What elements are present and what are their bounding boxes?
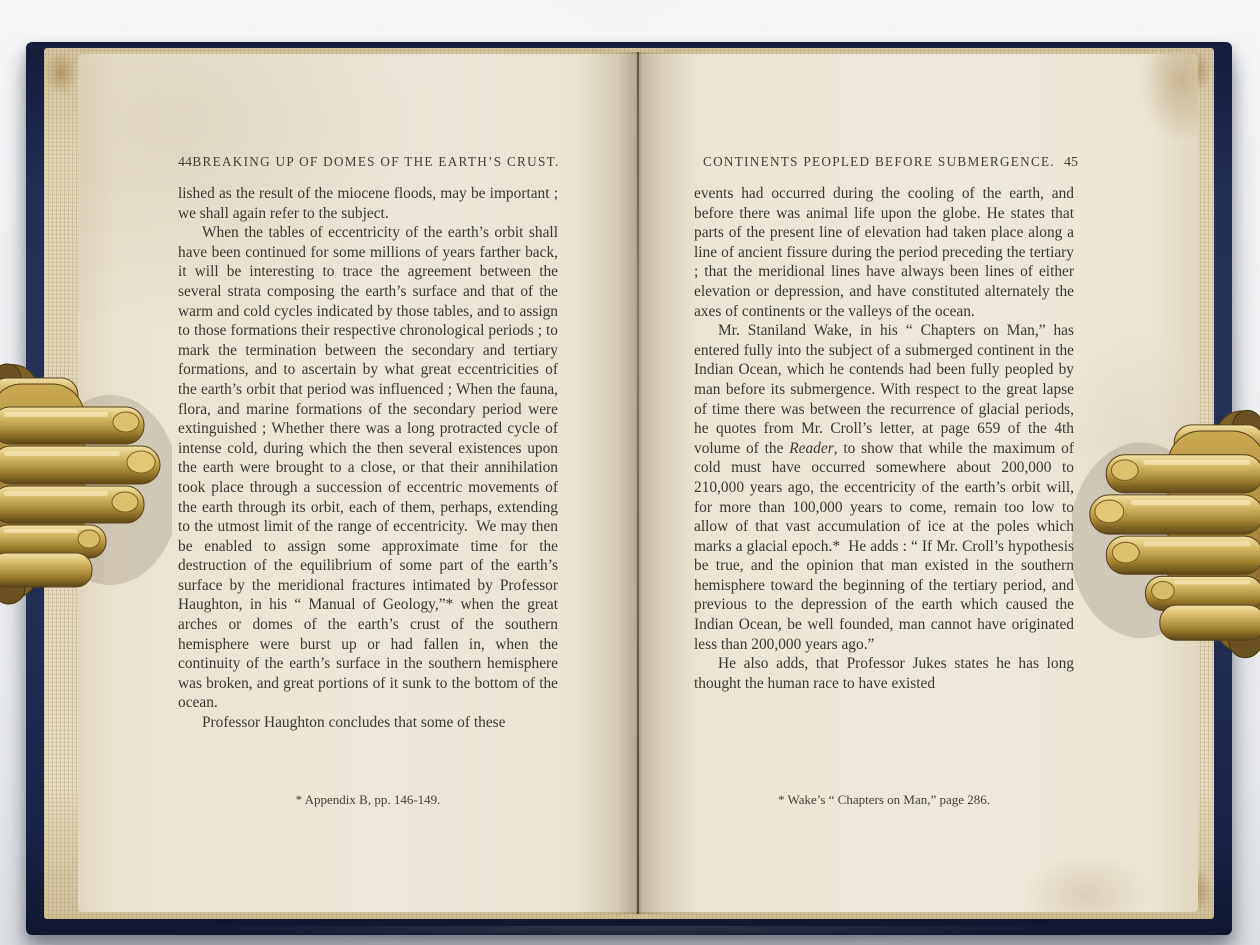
paragraph: Professor Haughton concludes that some o…: [178, 713, 558, 733]
paragraph: events had occurred during the cooling o…: [694, 184, 1074, 321]
paragraph: He also adds, that Professor Jukes state…: [694, 654, 1074, 693]
paragraph: When the tables of eccentricity of the e…: [178, 223, 558, 713]
right-page-number: 45: [1064, 155, 1078, 171]
paragraph: lished as the result of the miocene floo…: [178, 184, 558, 223]
gutter-top-notch: [540, 0, 690, 33]
brass-hand-right-icon: [1072, 396, 1260, 668]
right-page-footnote: * Wake’s “ Chapters on Man,” page 286.: [694, 792, 1074, 808]
book-shadow: [60, 926, 1200, 945]
right-running-head: CONTINENTS PEOPLED BEFORE SUBMERGENCE. 4…: [694, 154, 1078, 171]
paragraph: Mr. Staniland Wake, in his “ Chapters on…: [694, 321, 1074, 654]
right-page-text: events had occurred during the cooling o…: [694, 184, 1074, 693]
left-page-text: lished as the result of the miocene floo…: [178, 184, 558, 733]
book: 44 BREAKING UP OF DOMES OF THE EARTH’S C…: [26, 42, 1232, 935]
left-page-number: 44: [178, 155, 192, 171]
left-running-header-title: BREAKING UP OF DOMES OF THE EARTH’S CRUS…: [192, 154, 559, 170]
right-running-header-title: CONTINENTS PEOPLED BEFORE SUBMERGENCE.: [703, 154, 1055, 170]
left-page-footnote: * Appendix B, pp. 146-149.: [178, 792, 558, 808]
left-running-head: 44 BREAKING UP OF DOMES OF THE EARTH’S C…: [178, 154, 560, 171]
brass-hand-left-icon: [0, 350, 172, 614]
